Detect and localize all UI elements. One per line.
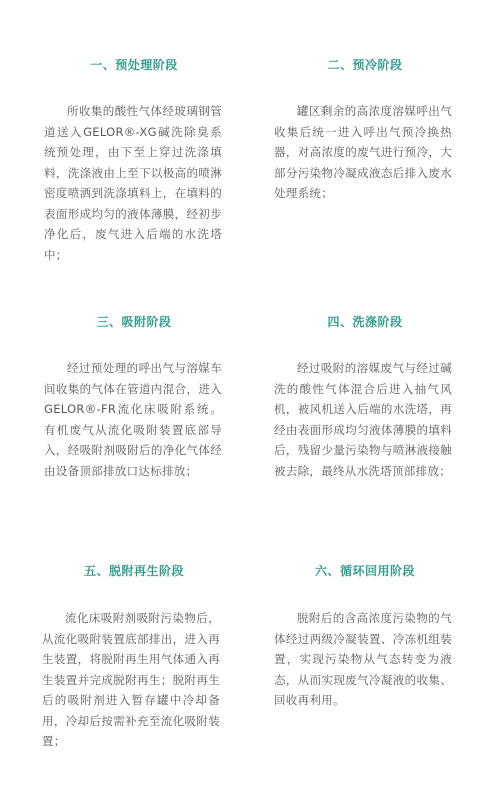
section-title: 五、脱附再生阶段 xyxy=(44,562,224,579)
section-body: 经过吸附的溶媒废气与经过碱洗的酸性气体混合后进入抽气风机，被风机送入后端的水洗塔… xyxy=(274,358,452,481)
section-title: 二、预冷阶段 xyxy=(275,56,455,73)
section-body: 经过预处理的呼出气与溶媒车间收集的气体在管道内混合，进入GELOR®-FR流化床… xyxy=(44,358,222,481)
section-body: 罐区剩余的高浓度溶媒呼出气收集后统一进入呼出气预冷换热器，对高浓度的废气进行预冷… xyxy=(274,101,452,204)
section-title: 一、预处理阶段 xyxy=(44,56,224,73)
section-title: 六、循环回用阶段 xyxy=(275,562,455,579)
section-title: 三、吸附阶段 xyxy=(44,313,224,330)
section-body: 流化床吸附剂吸附污染物后，从流化吸附装置底部排出，进入再生装置，将脱附再生用气体… xyxy=(42,608,220,752)
section-title: 四、洗涤阶段 xyxy=(275,313,455,330)
section-body: 脱附后的含高浓度污染物的气体经过两级冷凝装置、冷冻机组装置，实现污染物从气态转变… xyxy=(274,608,452,711)
section-body: 所收集的酸性气体经玻璃钢管道送入GELOR®-XG碱洗除臭系统预处理，由下至上穿… xyxy=(44,101,222,265)
